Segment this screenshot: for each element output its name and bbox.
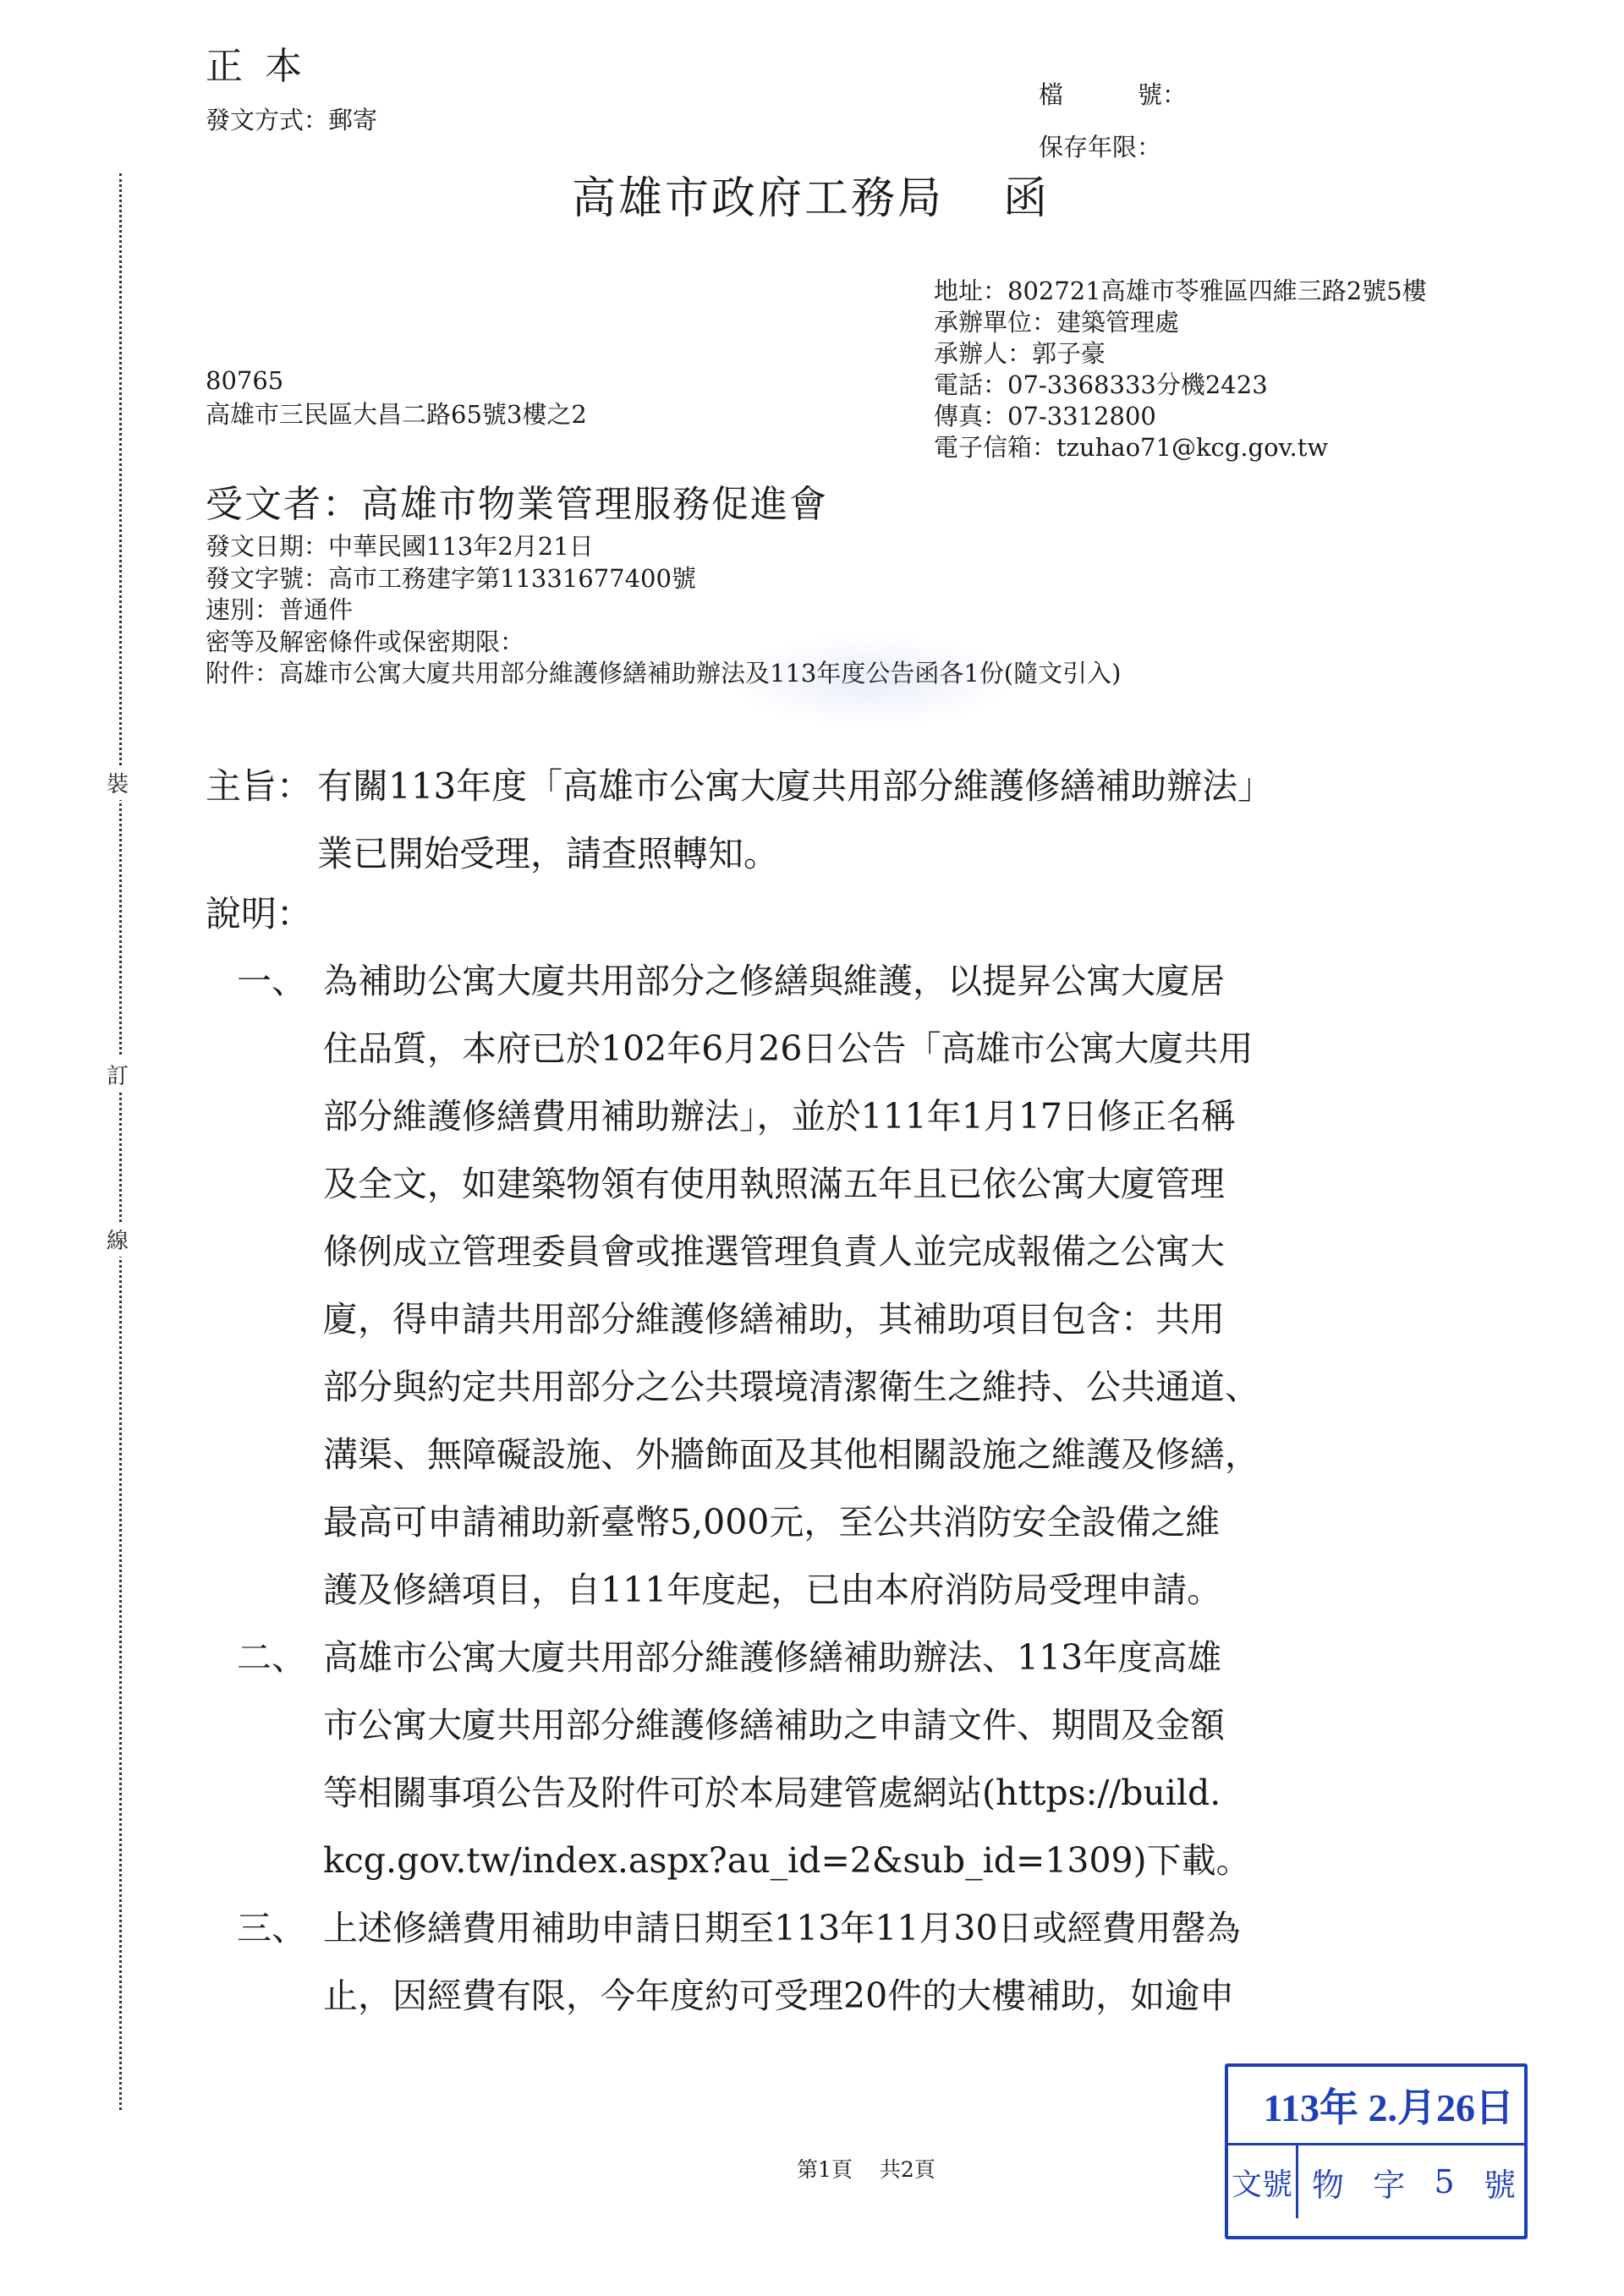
binding-char-xian: 線 — [107, 1222, 129, 1257]
recipient: 受文者：高雄市物業管理服務促進會 — [206, 474, 828, 528]
recipient-street-address: 高雄市三民區大昌二路65號3樓之2 — [206, 397, 587, 431]
item-line: 等相關事項公告及附件可於本局建管處網站(https://build. — [323, 1759, 1251, 1827]
stamp-date: 113年 2.月26日 — [1228, 2067, 1524, 2145]
stamp-num: 5 — [1435, 2163, 1455, 2200]
item-line: 條例成立管理委員會或推選管理負責人並完成報備之公寓大 — [323, 1218, 1259, 1285]
item-line: 市公寓大廈共用部分維護修繕補助之申請文件、期間及金額 — [323, 1691, 1251, 1759]
subject-line-2: 業已開始受理，請查照轉知。 — [206, 820, 1273, 888]
stamp-label: 文號 — [1228, 2145, 1298, 2218]
subject-block: 主旨：有關113年度「高雄市公寓大廈共用部分維護修繕補助辦法」 業已開始受理，請… — [206, 753, 1273, 888]
file-number-label-a: 檔 — [1039, 80, 1063, 109]
explanation-label: 說明： — [206, 886, 312, 937]
contact-handler: 承辦人：郭子豪 — [934, 338, 1427, 370]
item-line: 最高可申請補助新臺幣5,000元，至公共消防安全設備之維 — [323, 1488, 1259, 1556]
item-number: 一、 — [237, 947, 323, 1624]
item-line: 及全文，如建築物領有使用執照滿五年且已依公寓大廈管理 — [323, 1150, 1259, 1218]
item-line: 部分維護修繕費用補助辦法」，並於111年1月17日修正名稱 — [323, 1082, 1259, 1150]
item-line: 上述修繕費用補助申請日期至113年11月30日或經費用罄為 — [323, 1894, 1241, 1962]
contact-block: 地址：802721高雄市苓雅區四維三路2號5樓 承辦單位：建築管理處 承辦人：郭… — [934, 276, 1427, 463]
send-method: 發文方式：郵寄 — [206, 101, 377, 136]
attachment: 附件：高雄市公寓大廈共用部分維護修繕補助辦法及113年度公告函各1份(隨文引入) — [206, 658, 1121, 690]
page-title: 高雄市政府工務局函 — [572, 162, 1050, 226]
subject-line-1: 有關113年度「高雄市公寓大廈共用部分維護修繕補助辦法」 — [317, 765, 1273, 807]
title-doc-type: 函 — [1003, 173, 1050, 224]
recipient-postal-code: 80765 — [206, 364, 587, 397]
item-line: 溝渠、無障礙設施、外牆飾面及其他相關設施之維護及修繕， — [323, 1421, 1259, 1488]
item-line: 為補助公寓大廈共用部分之修繕與維護，以提昇公寓大廈居 — [323, 947, 1259, 1015]
contact-address: 地址：802721高雄市苓雅區四維三路2號5樓 — [934, 276, 1427, 307]
subject-label: 主旨： — [206, 753, 317, 820]
explanation-item-2: 二、 高雄市公寓大廈共用部分維護修繕補助辦法、113年度高雄 市公寓大廈共用部分… — [237, 1624, 1489, 1894]
contact-fax: 傳真：07-3312800 — [934, 401, 1427, 432]
binding-line — [119, 173, 122, 2110]
delivery-speed: 速別：普通件 — [206, 595, 1121, 627]
item-line: 廈，得申請共用部分維護修繕補助，其補助項目包含：共用 — [323, 1285, 1259, 1353]
item-line: 部分與約定共用部分之公共環境清潔衛生之維持、公共通道、 — [323, 1353, 1259, 1421]
file-number-field: 檔號： — [1039, 76, 1187, 111]
explanation-items: 一、 為補助公寓大廈共用部分之修繕與維護，以提昇公寓大廈居 住品質，本府已於10… — [237, 947, 1489, 2030]
item-line: 止，因經費有限，今年度約可受理20件的大樓補助，如逾申 — [323, 1962, 1241, 2030]
document-number: 發文字號：高市工務建字第11331677400號 — [206, 563, 1121, 595]
item-line: 護及修繕項目，自111年度起，已由本府消防局受理申請。 — [323, 1556, 1259, 1624]
stamp-suffix: 號 — [1484, 2159, 1516, 2206]
contact-email: 電子信箱：tzuhao71@kcg.gov.tw — [934, 432, 1427, 463]
contact-unit: 承辦單位：建築管理處 — [934, 307, 1427, 338]
retention-period-field: 保存年限： — [1039, 129, 1161, 163]
security-level: 密等及解密條件或保密期限： — [206, 627, 1121, 659]
stamp-number: 物 字 5 號 — [1298, 2145, 1524, 2218]
contact-phone: 電話：07-3368333分機2423 — [934, 370, 1427, 401]
page-indicator: 第1頁共2頁 — [797, 2153, 935, 2184]
issue-date: 發文日期：中華民國113年2月21日 — [206, 531, 1121, 563]
page-current: 第1頁 — [797, 2157, 853, 2182]
received-stamp: 113年 2.月26日 文號 物 字 5 號 — [1225, 2063, 1528, 2239]
item-number: 二、 — [237, 1624, 323, 1894]
document-meta: 發文日期：中華民國113年2月21日 發文字號：高市工務建字第113316774… — [206, 531, 1121, 690]
page-total: 共2頁 — [880, 2157, 935, 2182]
binding-char-zhuang: 裝 — [107, 765, 129, 800]
binding-char-ding: 訂 — [107, 1057, 129, 1092]
item-line: 住品質，本府已於102年6月26日公告「高雄市公寓大廈共用 — [323, 1015, 1259, 1082]
explanation-item-1: 一、 為補助公寓大廈共用部分之修繕與維護，以提昇公寓大廈居 住品質，本府已於10… — [237, 947, 1489, 1624]
item-line: 高雄市公寓大廈共用部分維護修繕補助辦法、113年度高雄 — [323, 1624, 1251, 1691]
item-line-url: kcg.gov.tw/index.aspx?au_id=2&sub_id=130… — [323, 1827, 1251, 1894]
explanation-item-3: 三、 上述修繕費用補助申請日期至113年11月30日或經費用罄為 止，因經費有限… — [237, 1894, 1489, 2030]
recipient-address: 80765 高雄市三民區大昌二路65號3樓之2 — [206, 364, 587, 431]
title-agency: 高雄市政府工務局 — [572, 173, 944, 224]
stamp-prefix: 物 — [1312, 2159, 1344, 2206]
item-number: 三、 — [237, 1894, 323, 2030]
stamp-mid: 字 — [1373, 2159, 1405, 2206]
copy-label: 正本 — [206, 36, 324, 90]
file-number-label-b: 號： — [1138, 80, 1187, 109]
